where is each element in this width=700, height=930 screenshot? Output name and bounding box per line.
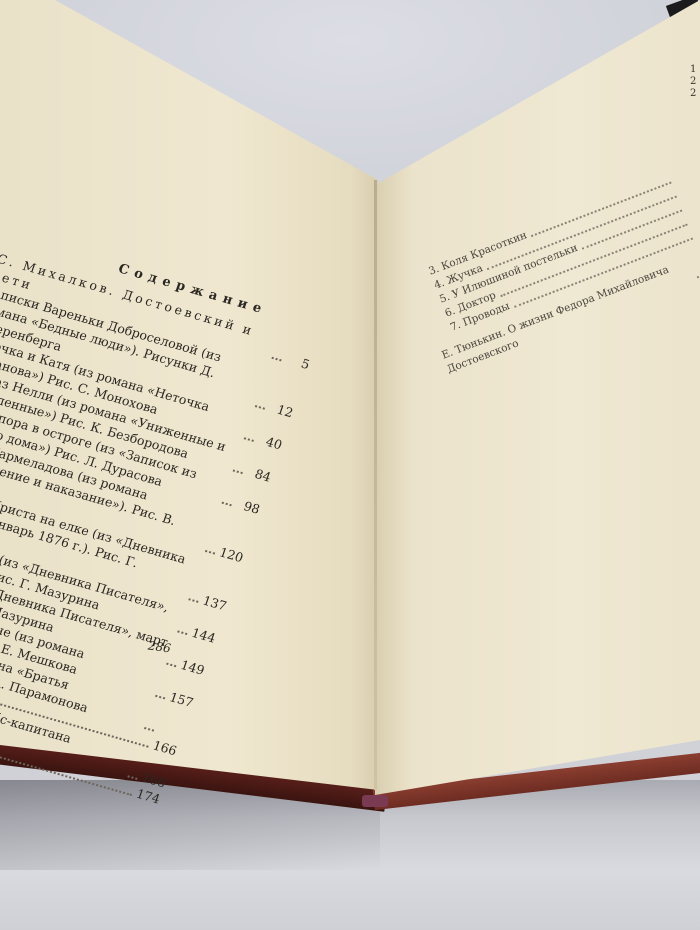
leader-dots [271, 357, 281, 362]
leader-dots [177, 630, 187, 635]
page-number: 286 [147, 638, 172, 655]
leader-dots [244, 437, 254, 442]
leader-dots [127, 775, 137, 780]
cropped-page-numbers: 1 2 2 [690, 64, 696, 100]
edge-number: 2 [690, 88, 696, 100]
leader-dots [188, 598, 198, 603]
leader-dots [222, 502, 232, 507]
book-gutter [374, 180, 377, 790]
leader-dots [144, 727, 154, 732]
book-binding-headband [362, 795, 388, 807]
leader-dots [166, 663, 176, 668]
leader-dots [233, 469, 243, 474]
leader-dots [255, 405, 265, 410]
leader-dots [155, 695, 165, 700]
edge-number: 2 [690, 76, 696, 88]
leader-dots [205, 550, 215, 555]
edge-number: 1 [690, 64, 696, 76]
